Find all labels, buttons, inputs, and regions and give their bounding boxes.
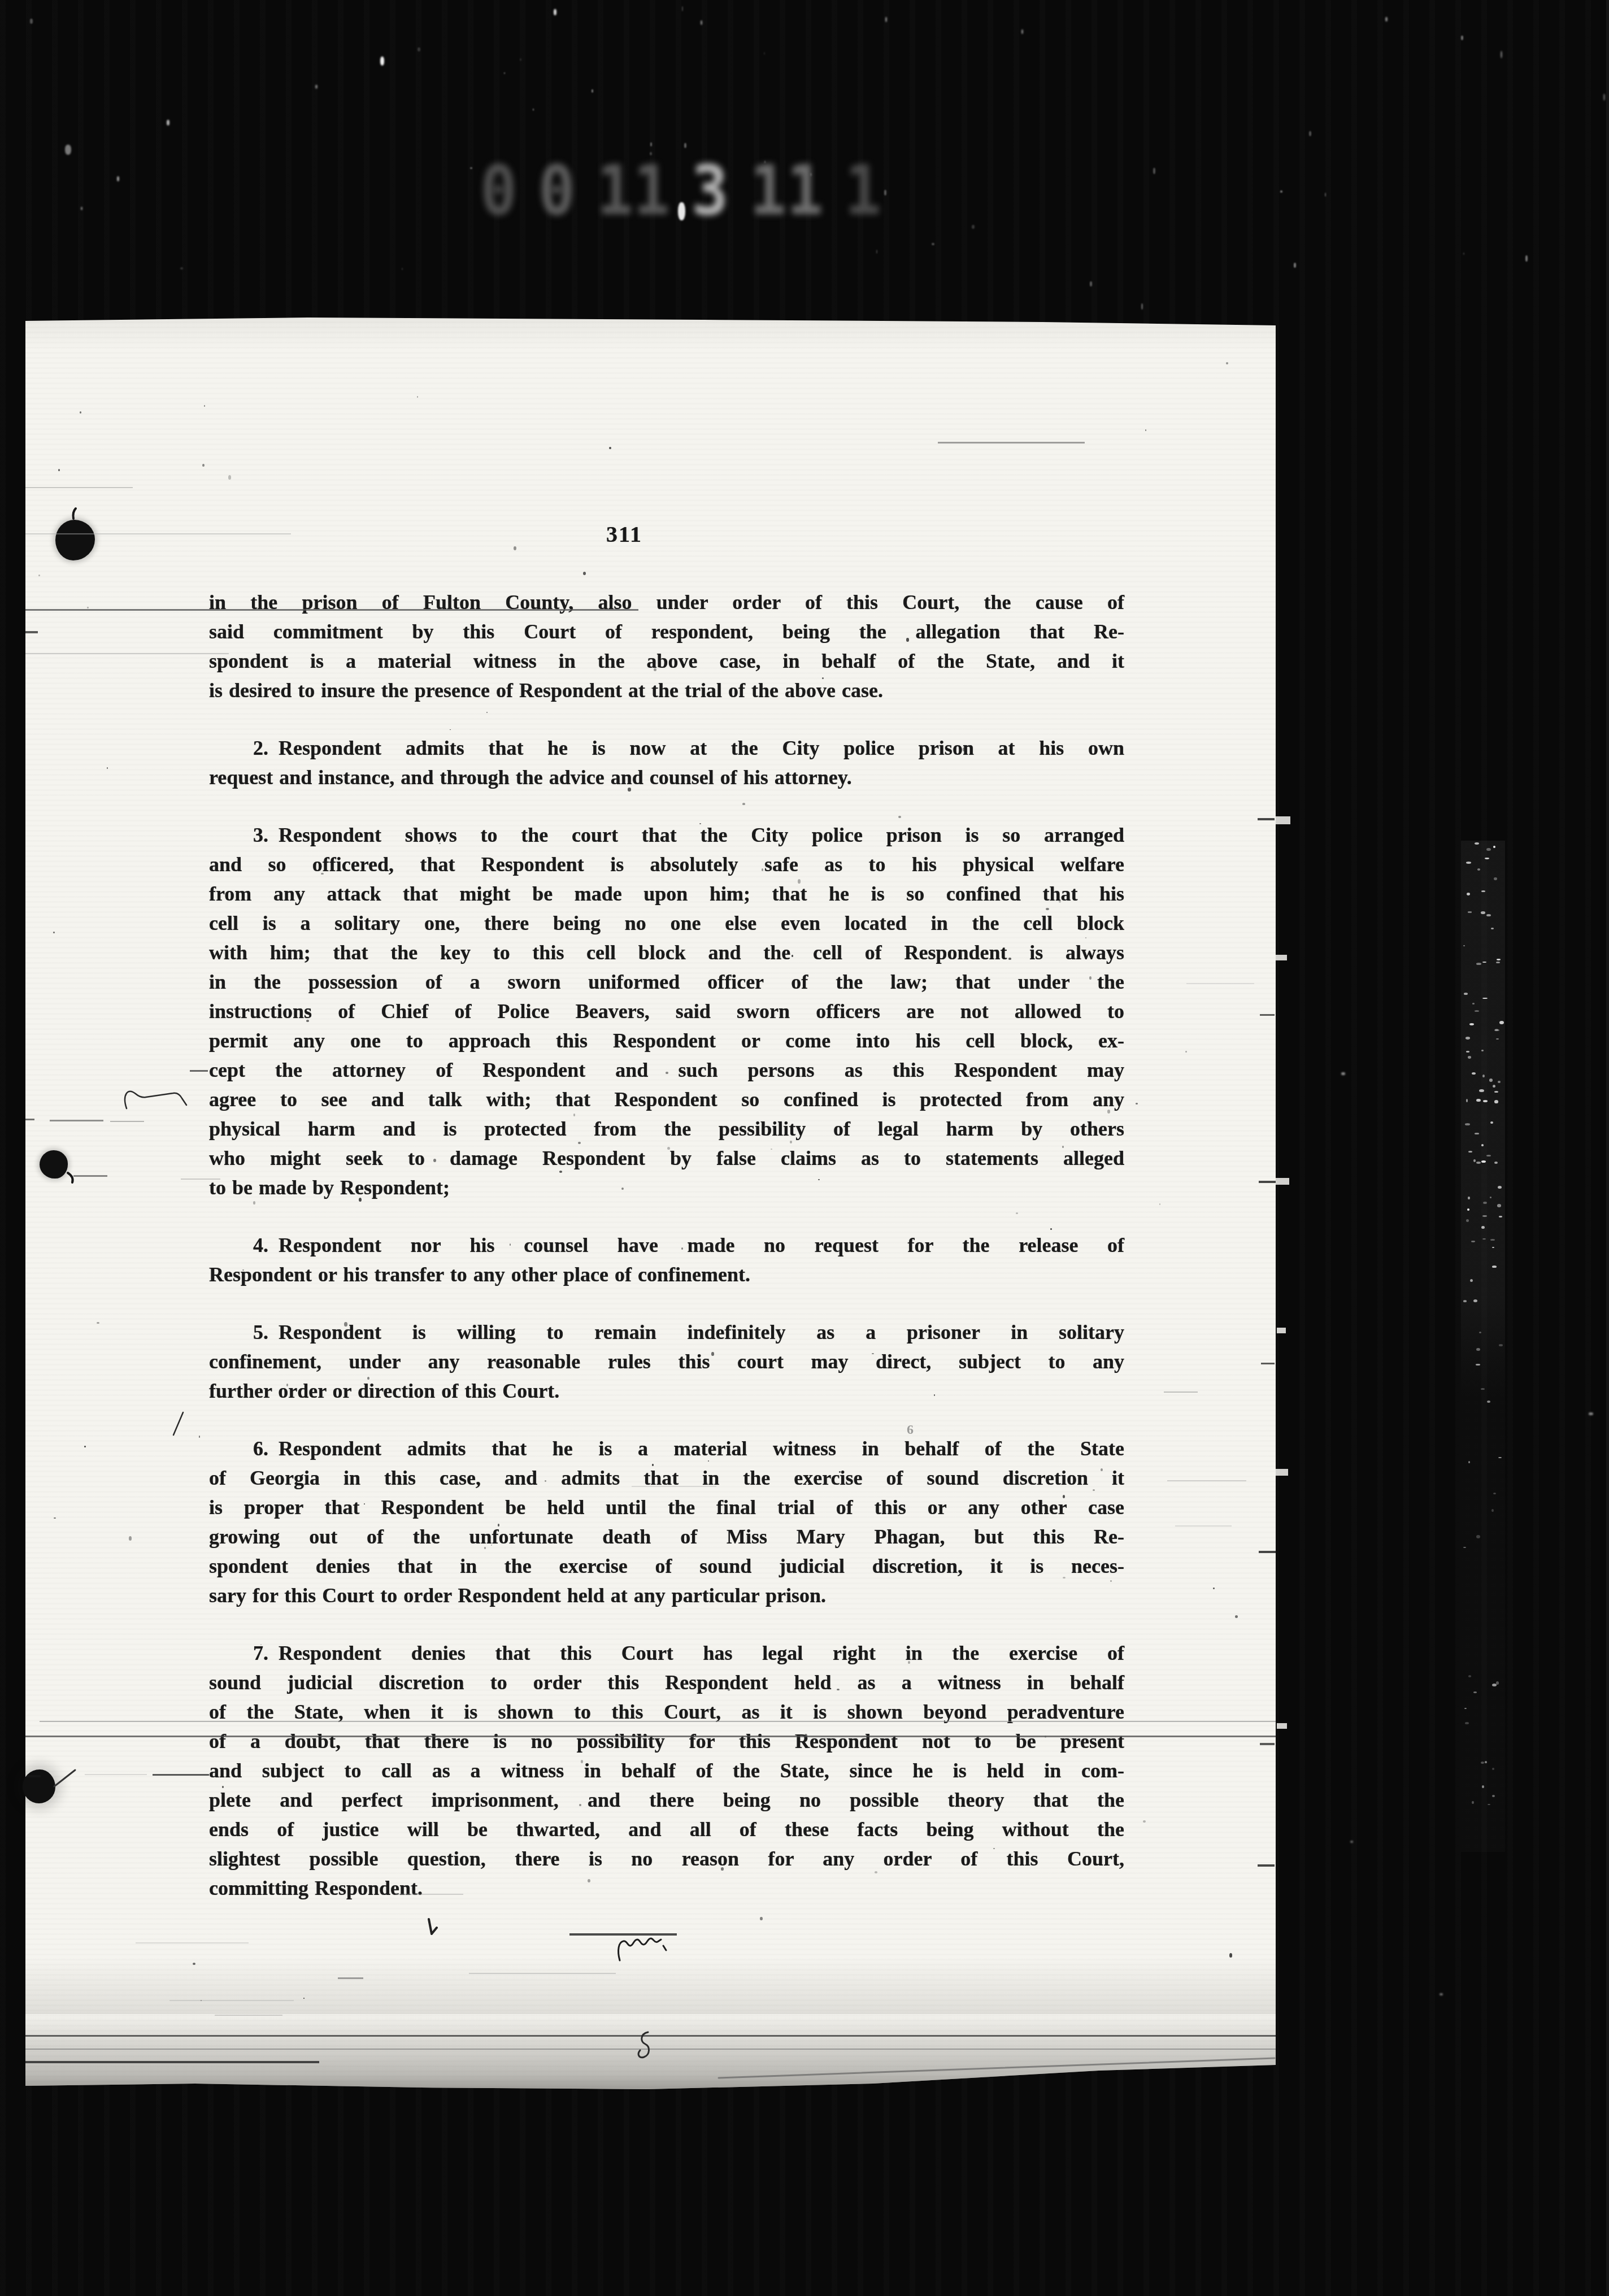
dust-speck — [201, 2000, 202, 2001]
streak-speck — [1465, 1123, 1470, 1125]
paragraph-3: 3. Respondent shows to the court that th… — [209, 820, 1124, 1202]
streak-speck — [1468, 1461, 1471, 1464]
streak-speck — [1464, 993, 1467, 995]
film-counter-digit: 0 — [480, 151, 517, 231]
streak-speck — [1487, 1401, 1490, 1403]
streak-speck — [1490, 1121, 1493, 1124]
film-speck — [1350, 1841, 1353, 1843]
streak-speck — [1486, 914, 1490, 916]
dust-speck — [1159, 1203, 1161, 1206]
film-speck — [1463, 253, 1464, 255]
dust-speck — [1143, 1820, 1145, 1823]
text-line: cell is a solitary one, there being no o… — [209, 908, 1124, 938]
streak-speck — [1463, 1547, 1467, 1549]
streak-speck — [1473, 1299, 1477, 1302]
film-counter-digit: 11 — [750, 151, 823, 231]
streak-speck — [1482, 1215, 1486, 1217]
streak-speck — [1493, 846, 1495, 848]
dust-speck — [199, 1436, 201, 1437]
streak-speck — [1468, 1675, 1471, 1677]
streak-speck — [1481, 1762, 1484, 1764]
text-line: is proper that Respondent be held until … — [209, 1493, 1124, 1522]
film-speck — [533, 108, 534, 111]
streak-speck — [1464, 1708, 1467, 1710]
streak-speck — [1494, 1100, 1498, 1103]
streak-speck — [1481, 1144, 1484, 1146]
streak-speck — [1496, 962, 1500, 963]
text-line: growing out of the unfortunate death of … — [209, 1522, 1124, 1551]
dust-speck — [80, 411, 82, 414]
text-line: 5. Respondent is willing to remain indef… — [209, 1317, 1124, 1347]
streak-speck — [1498, 1186, 1502, 1189]
streak-speck — [1481, 890, 1485, 892]
streak-speck — [1496, 1681, 1499, 1685]
streak-speck — [1468, 1197, 1469, 1199]
streak-speck — [1477, 868, 1481, 871]
streak-speck — [1492, 1684, 1497, 1686]
scanned-page: 311 in the prison of Fulton County, also… — [25, 316, 1276, 2090]
streak-speck — [1483, 1202, 1486, 1204]
streak-speck — [1499, 1021, 1504, 1024]
film-speck — [1294, 263, 1296, 267]
page-bottom-shading — [25, 1958, 1276, 2014]
film-speck — [470, 167, 472, 169]
text-line: 6. Respondent admits that he is a materi… — [209, 1434, 1124, 1463]
film-speck — [402, 268, 403, 270]
paragraph-4: 4. Respondent nor his counsel have made … — [209, 1230, 1124, 1289]
film-speck — [1325, 193, 1326, 197]
streak-speck — [1476, 1364, 1480, 1365]
streak-speck — [1468, 911, 1472, 912]
film-speck — [932, 243, 934, 246]
streak-speck — [1475, 842, 1479, 845]
streak-speck — [1471, 1241, 1475, 1242]
streak-speck — [1473, 1691, 1477, 1693]
text-line: 4. Respondent nor his counsel have made … — [209, 1230, 1124, 1260]
dust-speck — [1235, 1615, 1238, 1618]
streak-speck — [1472, 1072, 1476, 1075]
text-line: is desired to insure the presence of Res… — [209, 676, 1124, 705]
text-line: with him; that the key to this cell bloc… — [209, 938, 1124, 967]
streak-speck — [1475, 1133, 1479, 1134]
streak-speck — [1481, 911, 1485, 914]
film-speck — [876, 250, 877, 254]
streak-speck — [1492, 1266, 1497, 1267]
streak-speck — [1476, 1162, 1481, 1164]
dust-speck — [609, 447, 611, 449]
dust-speck — [202, 464, 205, 467]
text-line: said commitment by this Court of respond… — [209, 617, 1124, 646]
film-speck — [418, 47, 420, 51]
streak-speck — [1466, 862, 1471, 864]
streak-speck — [1491, 928, 1494, 929]
film-speck — [380, 56, 384, 66]
film-speck — [504, 72, 505, 74]
dust-speck — [53, 932, 54, 933]
film-scratch-streak — [1461, 841, 1505, 1852]
paragraph-6: 6. Respondent admits that he is a materi… — [209, 1434, 1124, 1610]
streak-speck — [1479, 1089, 1484, 1092]
film-speck — [885, 17, 887, 22]
streak-speck — [1466, 1099, 1468, 1102]
torn-page-edge-nub — [1276, 1469, 1288, 1476]
streak-speck — [1465, 1722, 1469, 1725]
text-line: plete and perfect imprisonment, and ther… — [209, 1785, 1124, 1815]
film-speck — [701, 20, 702, 25]
paragraph-1: in the prison of Fulton County, also und… — [209, 588, 1124, 705]
dust-speck — [1213, 1588, 1214, 1589]
text-line: sary for this Court to order Respondent … — [209, 1581, 1124, 1610]
streak-speck — [1473, 1159, 1476, 1162]
streak-speck — [1497, 959, 1501, 960]
text-line: cept the attorney of Respondent and such… — [209, 1055, 1124, 1085]
text-line: of Georgia in this case, and admits that… — [209, 1463, 1124, 1493]
text-line: of a doubt, that there is no possibility… — [209, 1727, 1124, 1756]
text-line: confinement, under any reasonable rules … — [209, 1347, 1124, 1376]
streak-speck — [1483, 1100, 1488, 1102]
streak-speck — [1496, 1038, 1499, 1040]
dust-speck — [84, 1446, 86, 1447]
streak-speck — [1494, 1091, 1498, 1093]
streak-speck — [1481, 1388, 1485, 1390]
streak-speck — [1472, 1003, 1475, 1004]
streak-speck — [1482, 962, 1486, 963]
streak-speck — [1498, 1081, 1500, 1083]
streak-speck — [1479, 1332, 1481, 1333]
streak-speck — [1463, 945, 1465, 946]
dust-speck — [583, 572, 586, 575]
film-counter-stamp: 00113111 — [480, 146, 819, 236]
streak-speck — [1468, 1056, 1471, 1059]
text-line: of the State, when it is shown to this C… — [209, 1697, 1124, 1727]
film-counter-digit: 11 — [597, 151, 670, 231]
streak-speck — [1482, 1075, 1484, 1077]
film-speck — [1525, 255, 1528, 262]
dust-speck — [1185, 1051, 1186, 1053]
streak-speck — [1498, 1457, 1502, 1458]
streak-speck — [1492, 1768, 1494, 1770]
streak-speck — [1481, 1050, 1484, 1051]
film-speck — [1141, 303, 1143, 310]
paragraph-2: 2. Respondent admits that he is now at t… — [209, 733, 1124, 792]
streak-speck — [1476, 1535, 1480, 1538]
text-line: instructions of Chief of Police Beavers,… — [209, 997, 1124, 1026]
dust-speck — [97, 1322, 99, 1324]
film-speck — [1440, 1993, 1443, 1995]
microfilm-frame: { "page_number": "311", "film_counter_di… — [0, 0, 1609, 2296]
film-speck — [972, 225, 975, 229]
dust-speck — [38, 575, 40, 577]
dust-speck — [303, 1998, 305, 1999]
streak-speck — [1470, 1279, 1473, 1282]
text-line: 2. Respondent admits that he is now at t… — [209, 733, 1124, 763]
dust-speck — [1229, 1953, 1232, 1958]
streak-speck — [1490, 1197, 1492, 1198]
streak-speck — [1494, 1029, 1499, 1031]
film-speck — [1280, 190, 1282, 193]
streak-speck — [1482, 1238, 1485, 1240]
streak-speck — [1476, 1099, 1481, 1102]
text-line: spondent denies that in the exercise of … — [209, 1551, 1124, 1581]
streak-speck — [1476, 963, 1481, 965]
film-speck — [1589, 1412, 1593, 1415]
streak-speck — [1486, 848, 1491, 851]
dust-speck — [417, 396, 418, 398]
film-edge-sliver — [1606, 0, 1609, 2296]
film-counter-digit: 0 — [538, 151, 575, 231]
paragraph-5: 5. Respondent is willing to remain indef… — [209, 1317, 1124, 1406]
film-speck — [1385, 17, 1388, 21]
text-line: further order or direction of this Court… — [209, 1376, 1124, 1406]
stray-mark-6: 6 — [907, 1423, 914, 1438]
streak-speck — [1482, 1785, 1484, 1788]
streak-speck — [1497, 1204, 1502, 1207]
dust-speck — [1226, 362, 1228, 364]
film-speck — [1021, 29, 1023, 34]
film-speck — [167, 120, 169, 125]
document-text: in the prison of Fulton County, also und… — [209, 588, 1124, 1931]
film-speck — [520, 58, 522, 62]
film-speck — [884, 190, 886, 196]
streak-speck — [1485, 858, 1489, 859]
streak-speck — [1488, 1804, 1490, 1805]
streak-speck — [1493, 1493, 1497, 1495]
film-speck — [180, 267, 183, 269]
film-speck — [554, 9, 556, 15]
streak-speck — [1489, 1079, 1493, 1082]
page-number: 311 — [568, 521, 681, 547]
streak-speck — [1472, 1801, 1473, 1804]
streak-speck — [1490, 1239, 1495, 1241]
streak-speck — [1467, 1208, 1469, 1211]
text-line: from any attack that might be made upon … — [209, 879, 1124, 908]
torn-page-edge-nub — [1276, 1178, 1289, 1185]
streak-speck — [1499, 1344, 1503, 1346]
dust-speck — [514, 546, 516, 550]
paragraph-7: 7. Respondent denies that this Court has… — [209, 1638, 1124, 1903]
film-speck — [30, 19, 33, 24]
text-line: in the possession of a sworn uniformed o… — [209, 967, 1124, 997]
dust-speck — [204, 405, 206, 407]
film-speck — [1603, 94, 1605, 101]
streak-speck — [1492, 1247, 1494, 1248]
dust-speck — [1136, 1103, 1138, 1104]
film-speck — [1309, 131, 1311, 136]
dust-speck — [129, 1536, 132, 1541]
film-speck — [1341, 1072, 1345, 1075]
streak-speck — [1475, 1010, 1478, 1012]
streak-speck — [1463, 1300, 1467, 1302]
torn-page-edge-nub — [1277, 1328, 1286, 1333]
streak-speck — [1467, 893, 1470, 895]
film-speck — [1090, 281, 1092, 287]
film-speck — [592, 89, 594, 92]
film-counter-digit: 1 — [845, 151, 881, 231]
film-speck — [81, 207, 82, 210]
streak-speck — [1486, 1155, 1491, 1156]
page-bottom-gradient — [25, 2011, 1276, 2090]
torn-page-edge-nub — [1276, 816, 1290, 824]
dust-speck — [58, 469, 60, 471]
film-speck — [1501, 51, 1502, 58]
text-line: slightest possible question, there is no… — [209, 1844, 1124, 1873]
text-line: 7. Respondent denies that this Court has… — [209, 1638, 1124, 1668]
text-line: committing Respondent. — [209, 1873, 1124, 1903]
streak-speck — [1466, 1051, 1469, 1052]
streak-speck — [1491, 1509, 1494, 1512]
film-speck — [117, 176, 119, 181]
dust-speck — [54, 1517, 56, 1519]
text-line: and subject to call as a witness in beha… — [209, 1756, 1124, 1785]
torn-page-edge-nub — [1276, 955, 1287, 960]
film-speck — [682, 6, 683, 11]
dust-speck — [87, 607, 89, 608]
film-speck — [1153, 168, 1155, 174]
film-speck — [1461, 36, 1463, 40]
text-line: permit any one to approach this Responde… — [209, 1026, 1124, 1055]
streak-speck — [1494, 877, 1497, 880]
text-line: spondent is a material witness in the ab… — [209, 646, 1124, 676]
text-line: to be made by Respondent; — [209, 1173, 1124, 1202]
streak-speck — [1466, 1037, 1470, 1039]
streak-speck — [1493, 1085, 1495, 1088]
streak-speck — [1494, 1162, 1497, 1164]
streak-speck — [1476, 1348, 1480, 1351]
film-counter-digit: 3 — [692, 151, 728, 231]
torn-page-edge-nub — [1277, 1723, 1287, 1729]
streak-speck — [1468, 1151, 1472, 1153]
text-line: 3. Respondent shows to the court that th… — [209, 820, 1124, 850]
text-line: Respondent or his transfer to any other … — [209, 1260, 1124, 1289]
film-speck — [65, 145, 71, 155]
streak-speck — [1499, 1216, 1502, 1217]
film-speck — [764, 52, 765, 54]
dust-speck — [1145, 429, 1146, 430]
text-line: and so officered, that Respondent is abs… — [209, 850, 1124, 879]
text-line: physical harm and is protected from the … — [209, 1114, 1124, 1143]
text-line: agree to see and talk with; that Respond… — [209, 1085, 1124, 1114]
film-speck — [315, 85, 318, 89]
dust-speck — [228, 475, 231, 480]
streak-speck — [1495, 1029, 1498, 1031]
text-line: in the prison of Fulton County, also und… — [209, 588, 1124, 617]
text-line: sound judicial discretion to order this … — [209, 1668, 1124, 1697]
streak-speck — [1481, 1226, 1485, 1229]
dust-speck — [107, 767, 108, 769]
streak-speck — [1482, 998, 1487, 999]
dust-speck — [193, 1963, 195, 1965]
streak-speck — [1492, 1795, 1495, 1797]
streak-speck — [1469, 1023, 1474, 1025]
streak-speck — [1466, 1219, 1469, 1222]
text-line: request and instance, and through the ad… — [209, 763, 1124, 792]
text-line: ends of justice will be thwarted, and al… — [209, 1815, 1124, 1844]
streak-speck — [1481, 1160, 1486, 1163]
text-line: who might seek to damage Respondent by f… — [209, 1143, 1124, 1173]
streak-speck — [1485, 1761, 1486, 1763]
